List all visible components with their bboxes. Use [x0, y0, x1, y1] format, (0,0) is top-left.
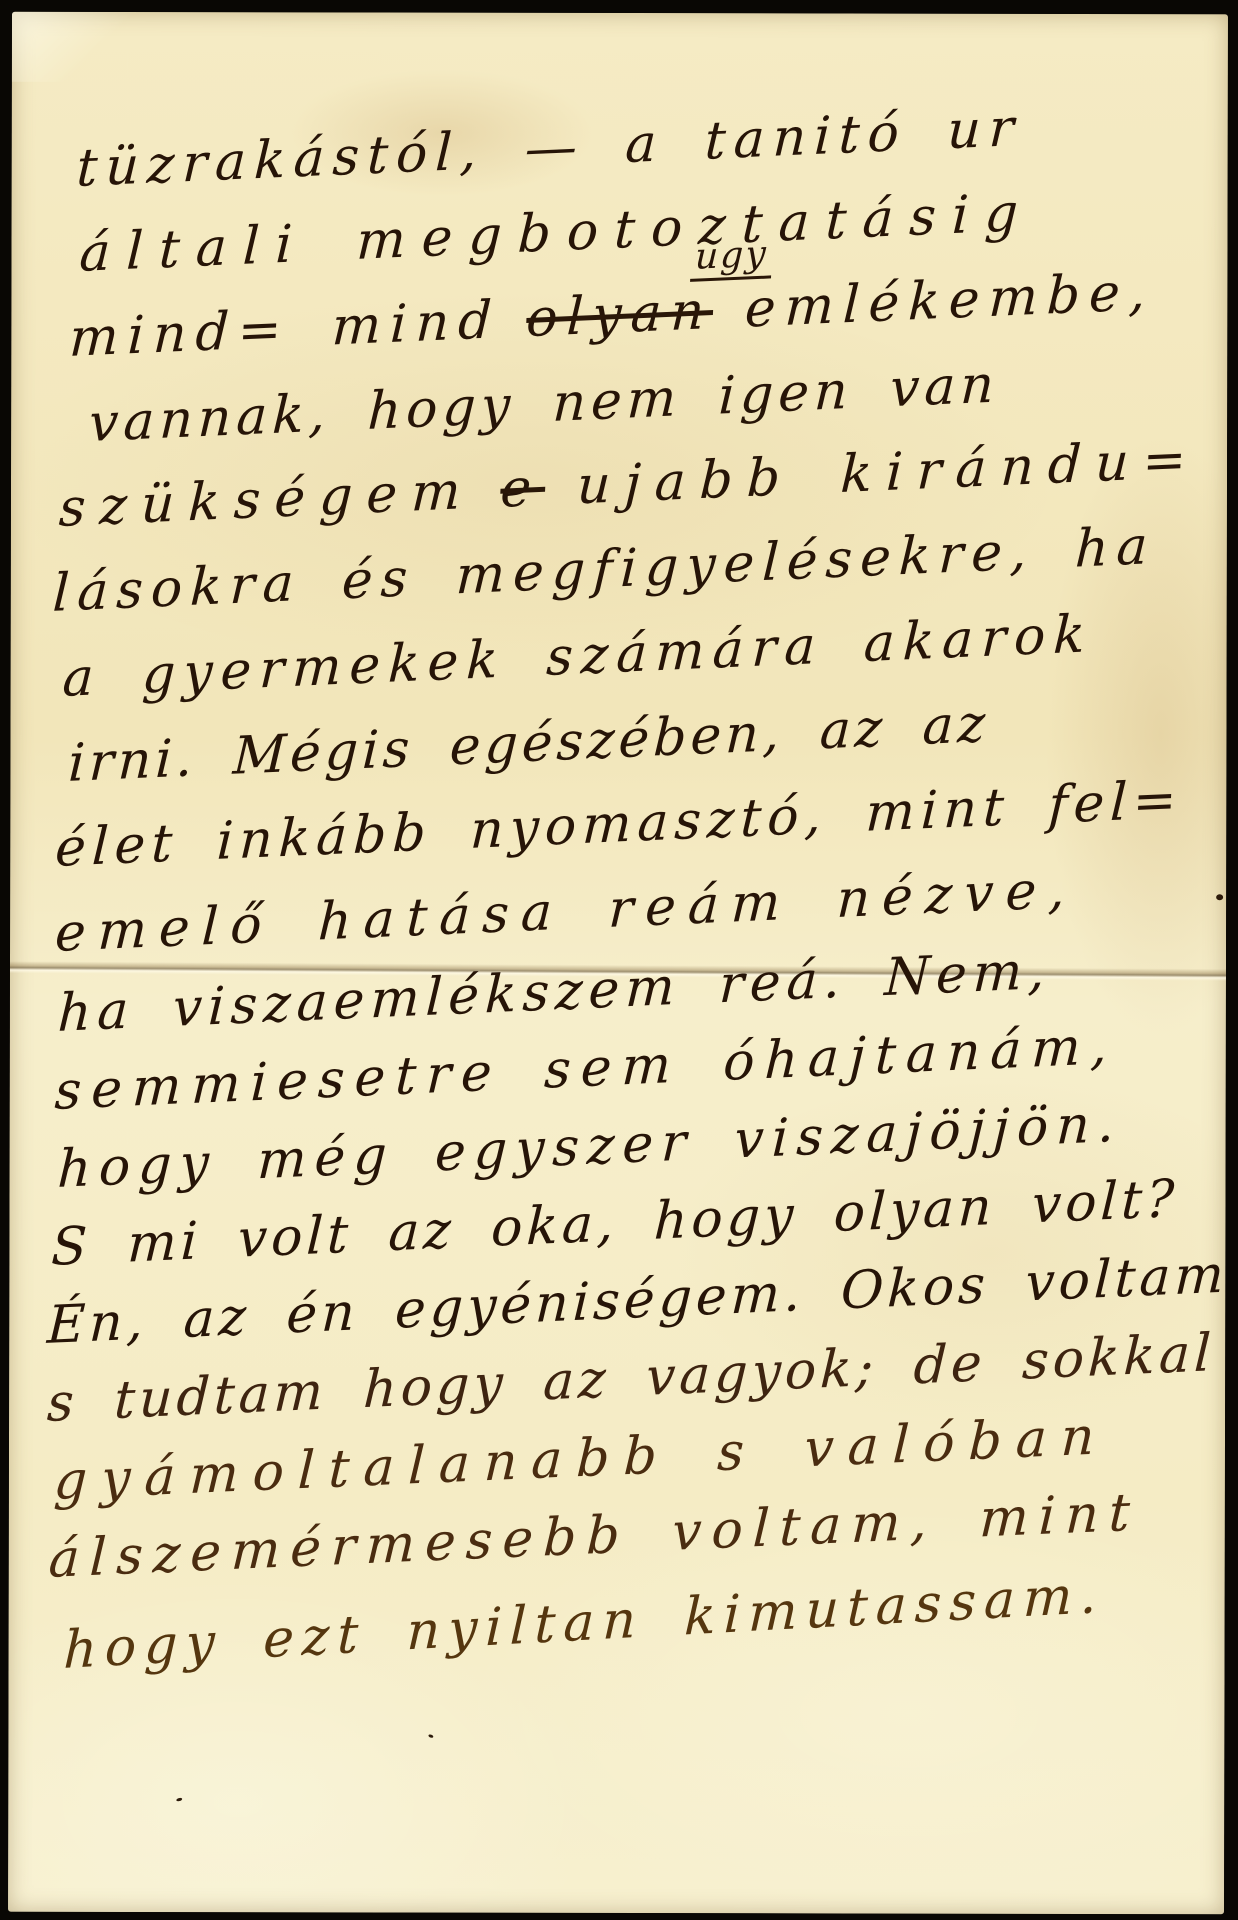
ink-speck [428, 1734, 434, 1739]
scanner-background: tüzrakástól, — a tanitó ur általi megbot… [0, 0, 1238, 1920]
letter-paper: tüzrakástól, — a tanitó ur általi megbot… [8, 12, 1228, 1915]
handwritten-line: élet inkább nyomasztó, mint fel= [54, 773, 1184, 877]
line-text-before-correction: szükségem [58, 461, 476, 539]
scanned-letter-screenshot: { "letter": { "document_kind": "handwrit… [0, 0, 1238, 1920]
handwritten-line: irni. Mégis egészében, az az [67, 697, 990, 792]
handwritten-line: vannak, hogy nem igen van [88, 357, 1000, 451]
ink-speck [1216, 894, 1223, 900]
handwritten-line-with-correction: mind= mindolyanugyemlékembe, [68, 265, 1155, 367]
handwritten-line: hogy ezt nyiltan kimutassam. [63, 1568, 1106, 1679]
strikethrough-word: olyan [525, 284, 714, 347]
line-text-before-correction: mind= mind [68, 290, 502, 369]
handwritten-line: tüzrakástól, — a tanitó ur [75, 101, 1022, 197]
paper-corner-highlight [12, 12, 132, 82]
handwritten-line: a gyermekek számára akarok [61, 607, 1094, 706]
line-text-after-correction: emlékembe, [744, 262, 1156, 340]
ink-speck [176, 1797, 183, 1801]
handwritten-line: lásokra és megfigyelésekre, ha [52, 519, 1157, 622]
inserted-word-above: ugy [690, 235, 772, 281]
line-text-after-correction: ujabb kirándu= [576, 429, 1202, 516]
handwritten-line: általi megbotoztatásig [78, 185, 1035, 281]
scribbled-out-word: e [499, 461, 546, 518]
